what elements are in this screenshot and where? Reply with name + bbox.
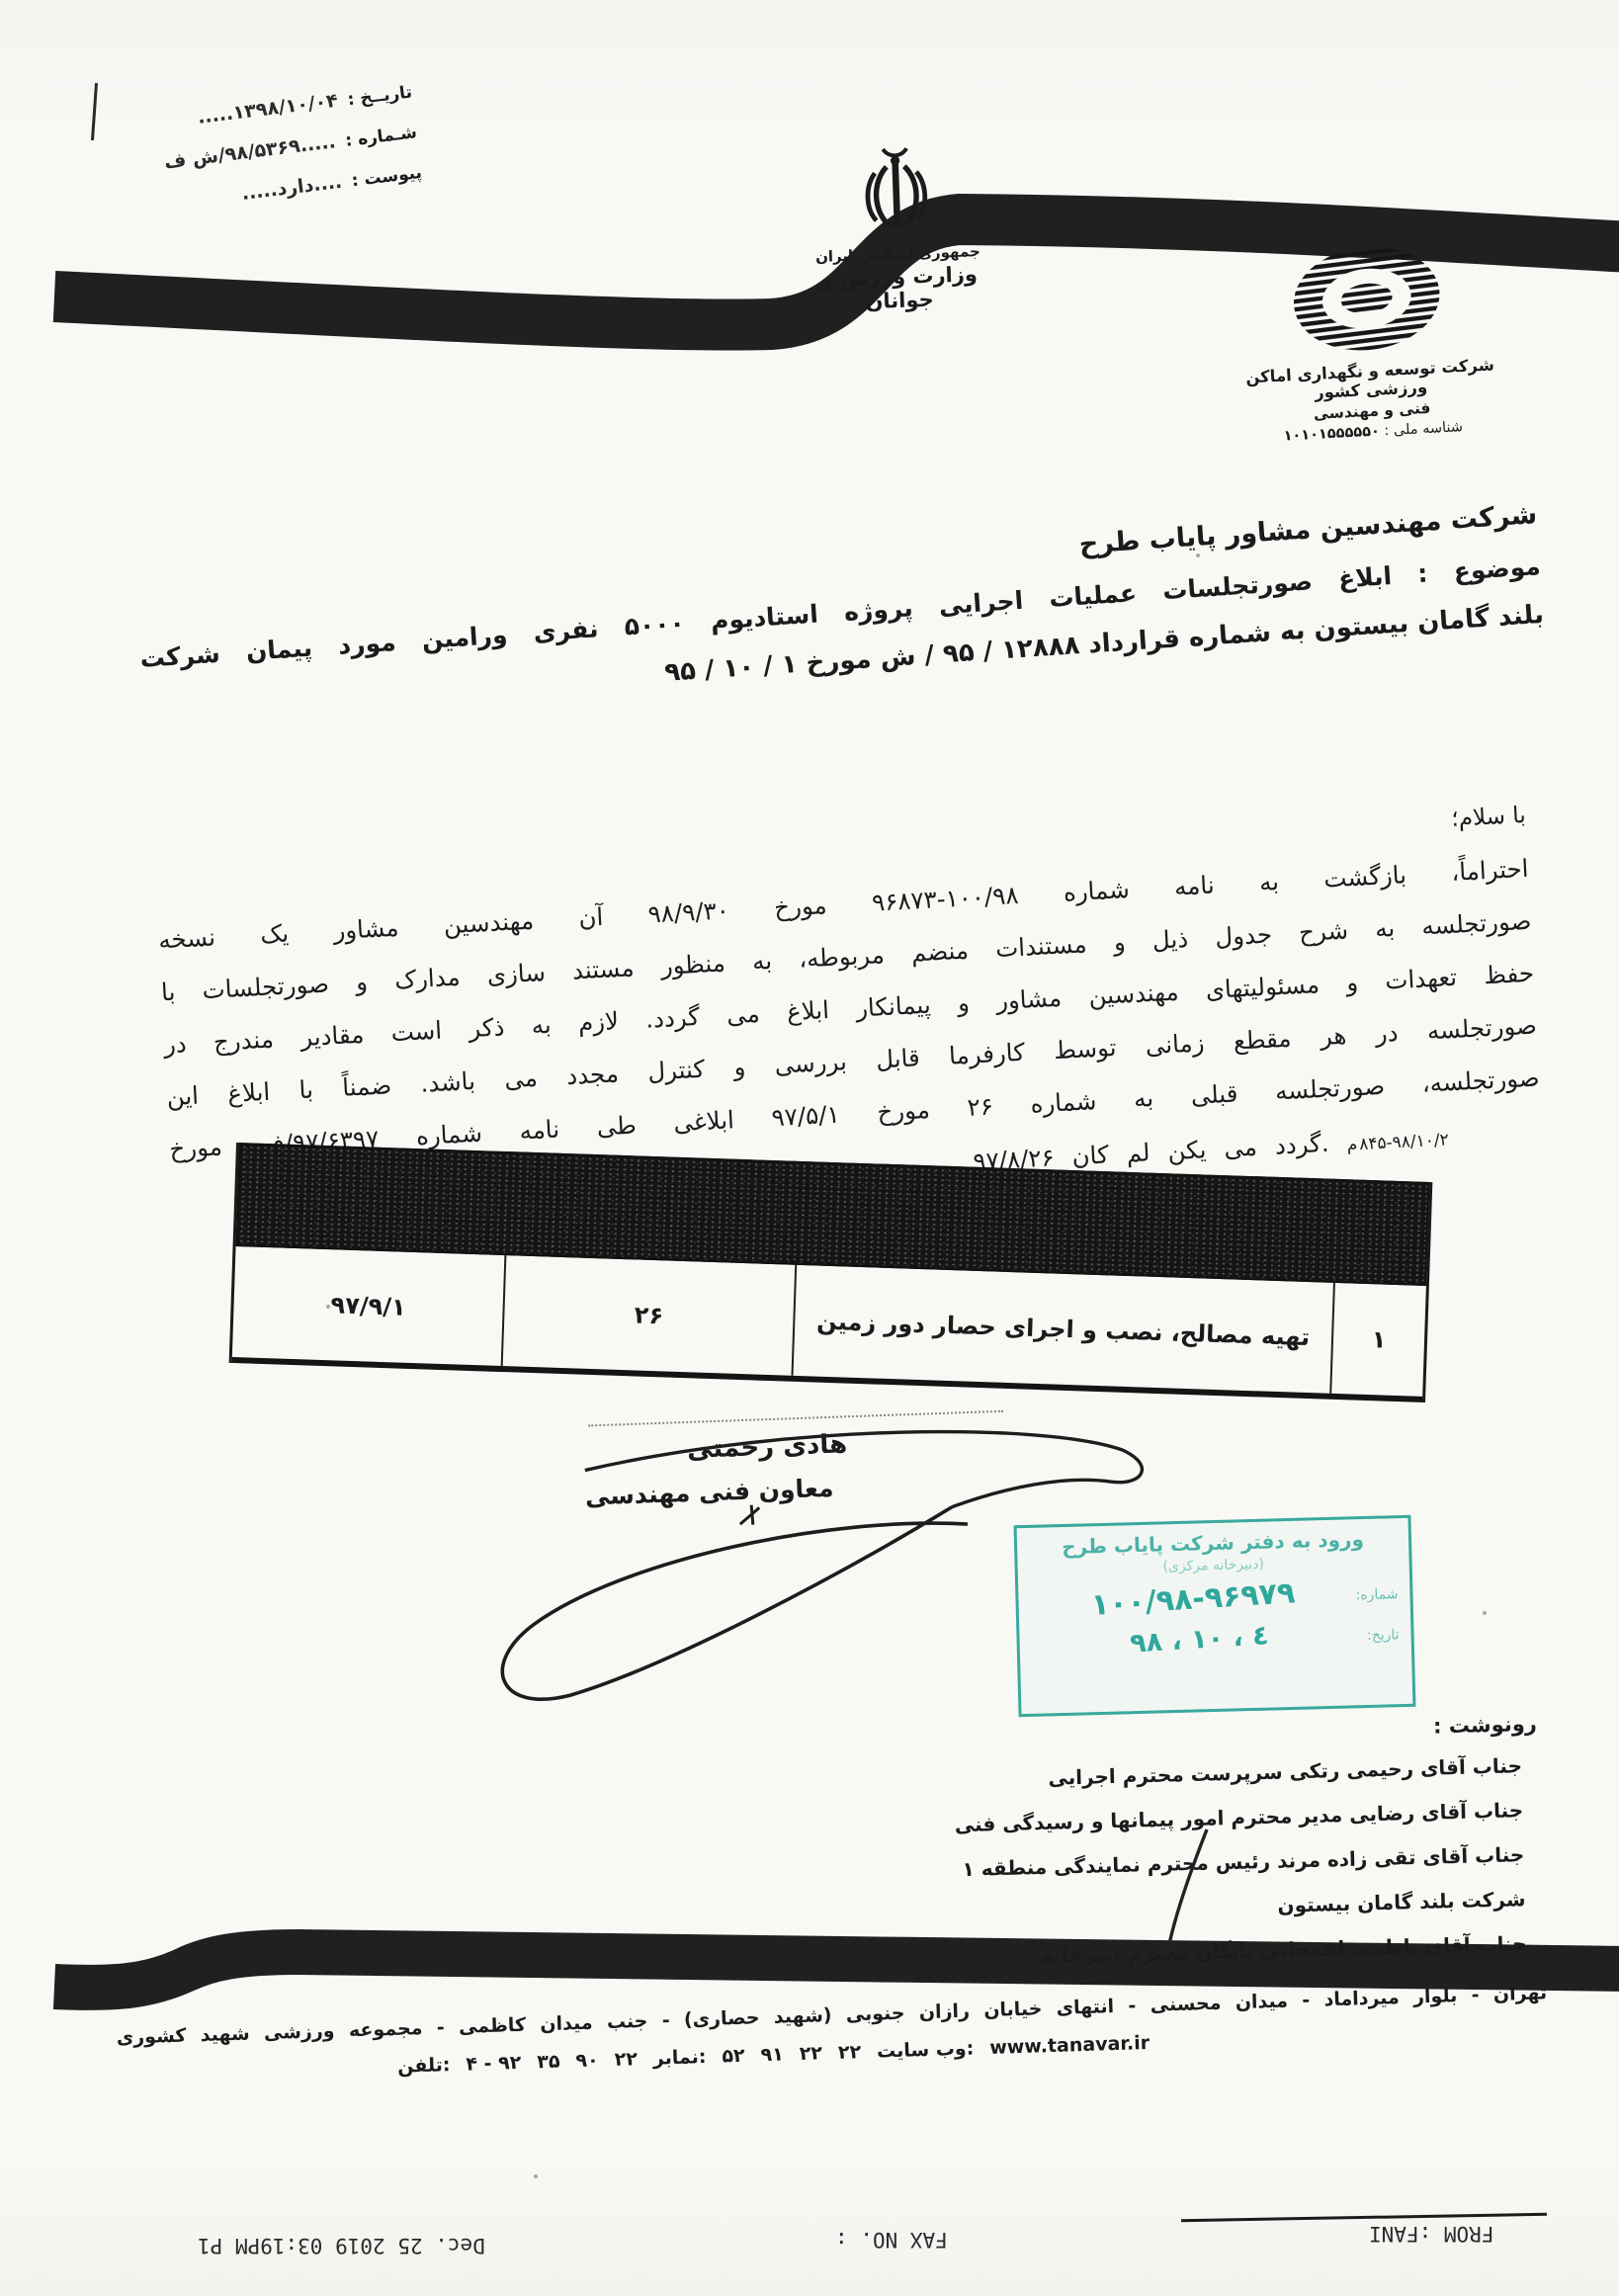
ministry-name: وزارت ورزش و جوانان [787, 261, 1011, 316]
footer-contact-token: ۹۱ [760, 2044, 784, 2067]
letter-footer: تهران - بلوار میرداماد - میدان محسنی - ا… [116, 1982, 1548, 2085]
scanned-letter-page: تاريــخ : ۱۳۹۸/۱۰/۰۴..... شـماره : .....… [0, 0, 1619, 2296]
cc-list: جناب آقای رحیمی رتکی سرپرست محترم اجرایی… [767, 1743, 1544, 1986]
footer-address: تهران - بلوار میرداماد - میدان محسنی - ا… [116, 1982, 1547, 2048]
ministry-emblem-block: جمهوری اسلامی ایران وزارت ورزش و جوانان [783, 140, 1011, 316]
handwritten-checkmark-icon [1161, 1824, 1221, 1962]
closing-word: یکن [1167, 1135, 1207, 1165]
stamp-date-label: تاریخ: [1367, 1627, 1400, 1644]
iran-emblem-icon [850, 142, 942, 240]
body-paragraph: احتراماً، بازگشت به نامه شماره ۱۰۰/۹۸-۹۶… [157, 842, 1541, 1175]
cell-row-number: ۱ [1329, 1283, 1426, 1397]
cell-minute-number: ۲۶ [501, 1255, 796, 1376]
closing-word: گردد. [1274, 1129, 1329, 1160]
scan-mark [91, 83, 98, 140]
national-id-value: ۱۰۱۰۱۵۵۵۵۵۰ [1283, 424, 1380, 445]
cc-block: رونوشت : جناب آقای رحیمی رتکی سرپرست محت… [766, 1712, 1543, 1986]
minutes-table: ۱ تهیه مصالح، نصب و اجرای حصار دور زمین … [229, 1143, 1433, 1403]
footer-contact-token: تلفن: [397, 2054, 451, 2078]
scan-speck [1483, 1611, 1487, 1615]
attachment-label: پيوست : [351, 163, 423, 192]
footer-contact-token: نمابر: [652, 2046, 706, 2070]
footer-contact-token: ۹۰ [575, 2049, 599, 2072]
date-value: ۱۳۹۸/۱۰/۰۴..... [197, 90, 339, 128]
letterhead-date-block: تاريــخ : ۱۳۹۸/۱۰/۰۴..... شـماره : .....… [105, 80, 426, 238]
fax-datetime: Dec. 25 2019 03:19PM P1 [198, 2234, 485, 2257]
closing-word: لم [1126, 1138, 1150, 1167]
letter-heading: شرکت مهندسین مشاور پایاب طرح موضوع : ابل… [135, 499, 1545, 723]
company-logo-block: شرکت توسعه و نگهداری اماکن ورزشی کشور فن… [1213, 235, 1524, 448]
footer-contact-token: ۳۵ [537, 2051, 560, 2074]
footer-contact-token: ۲۲ [838, 2041, 862, 2064]
closing-word: می [1224, 1133, 1258, 1163]
national-id-label: شناسه ملی : [1384, 419, 1463, 439]
fax-scan-line [1181, 2213, 1547, 2222]
footer-contact-token: ۲۲ [614, 2048, 638, 2071]
stamp-date-row: تاریخ: ۹۸ ، ۱۰ ، ٤ [1031, 1619, 1400, 1659]
cell-date: ۹۷/۹/۱ [232, 1246, 505, 1366]
fax-number-label: FAX NO. : [835, 2228, 948, 2252]
company-oval-logo-icon [1285, 239, 1447, 358]
footer-contact-token: www.tanavar.ir [989, 2032, 1150, 2059]
cell-description: تهیه مصالح، نصب و اجرای حصار دور زمین [792, 1265, 1333, 1394]
footer-contact-token: وب سایت: [877, 2038, 975, 2063]
closing-ref-number: ۸۴۵-۹۸/۱۰/۲ [1359, 1130, 1450, 1154]
footer-contact-line: تلفن:۴ - ۹۲۳۵۹۰۲۲نمابر:۵۲۹۱۲۲۲۲وب سایت:w… [413, 2032, 1133, 2077]
date-label: تاريــخ : [347, 82, 413, 110]
office-entry-stamp: ورود به دفتر شرکت پایاب طرح (دبیرخانه مر… [1014, 1515, 1416, 1717]
fax-meta-strip: Dec. 25 2019 03:19PM P1 FAX NO. : FROM :… [0, 2216, 1619, 2285]
closing-word: کان [1071, 1140, 1110, 1170]
stamp-number-row: شماره: ۱۰۰/۹۸-۹۶۹۷۹ [1030, 1576, 1399, 1621]
closing-reference: م ۸۴۵-۹۸/۱۰/۲ [1346, 1130, 1449, 1154]
scan-speck [534, 2174, 538, 2178]
footer-contact-token: ۵۲ [722, 2045, 745, 2068]
fax-from: FROM :FANI [1369, 2222, 1493, 2246]
footer-contact-token: ۴ - ۹۲ [466, 2052, 522, 2076]
footer-contact-token: ۲۲ [799, 2042, 822, 2065]
stamp-number-label: شماره: [1355, 1586, 1398, 1603]
closing-ref-letter: م [1346, 1135, 1358, 1155]
